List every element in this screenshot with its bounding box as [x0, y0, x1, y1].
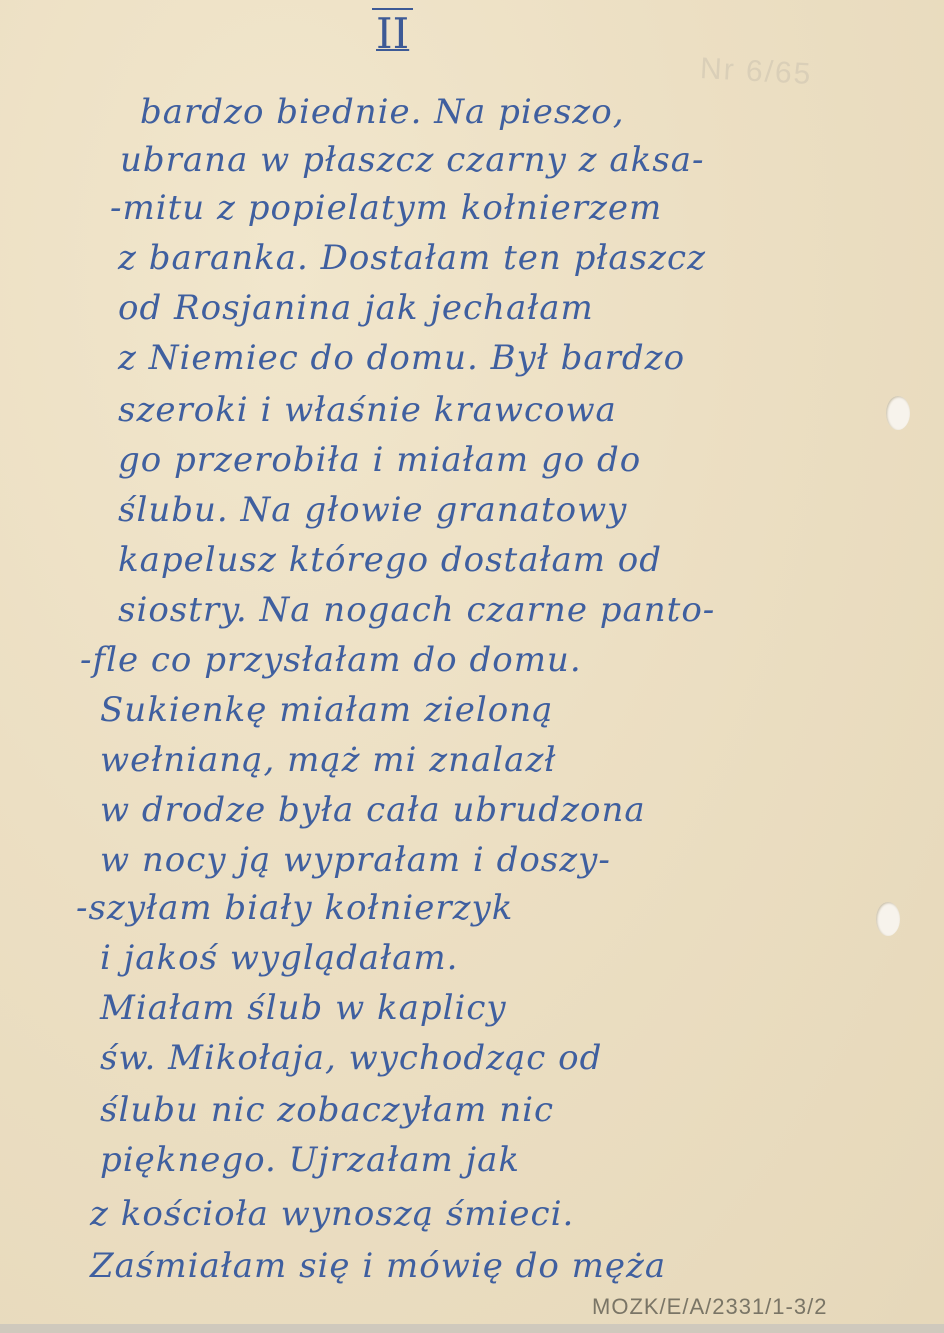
text-line: Miałam ślub w kaplicy: [100, 988, 507, 1028]
text-line: z Niemiec do domu. Był bardzo: [118, 338, 685, 378]
text-line: -mitu z popielatym kołnierzem: [110, 188, 662, 228]
archive-reference-stamp: MOZK/E/A/2331/1-3/2: [592, 1294, 827, 1320]
text-line: go przerobiła i miałam go do: [118, 440, 641, 480]
text-line: Zaśmiałam się i mówię do męża: [90, 1246, 666, 1286]
text-line: św. Mikołaja, wychodząc od: [100, 1038, 602, 1078]
text-line: w drodze była cała ubrudzona: [100, 790, 646, 830]
page-heading: II: [372, 8, 413, 58]
text-line: siostry. Na nogach czarne panto-: [118, 590, 715, 630]
text-line: w nocy ją wyprałam i doszy-: [100, 840, 611, 880]
text-line: z kościoła wynoszą śmieci.: [90, 1194, 574, 1234]
text-line: ślubu. Na głowie granatowy: [118, 490, 627, 530]
text-line: szeroki i właśnie krawcowa: [118, 390, 617, 430]
text-line: z baranka. Dostałam ten płaszcz: [118, 238, 706, 278]
text-line: Sukienkę miałam zieloną: [100, 690, 553, 730]
text-line: ubrana w płaszcz czarny z aksa-: [120, 140, 704, 180]
punch-hole: [886, 396, 910, 430]
punch-hole: [876, 902, 900, 936]
text-line: kapelusz którego dostałam od: [118, 540, 662, 580]
text-line: pięknego. Ujrzałam jak: [100, 1140, 520, 1180]
text-line: i jakoś wyglądałam.: [100, 938, 458, 978]
scan-bottom-edge: [0, 1324, 944, 1333]
text-line: bardzo biednie. Na pieszo,: [140, 92, 625, 132]
faint-pencil-note: Nr 6/65: [699, 52, 813, 92]
text-line: -fle co przysłałam do domu.: [80, 640, 582, 680]
text-line: -szyłam biały kołnierzyk: [76, 888, 513, 928]
paper-sheet: Nr 6/65 II bardzo biednie. Na pieszo, ub…: [0, 0, 944, 1324]
text-line: ślubu nic zobaczyłam nic: [100, 1090, 554, 1130]
text-line: wełnianą, mąż mi znalazł: [100, 740, 556, 780]
text-line: od Rosjanina jak jechałam: [118, 288, 594, 328]
